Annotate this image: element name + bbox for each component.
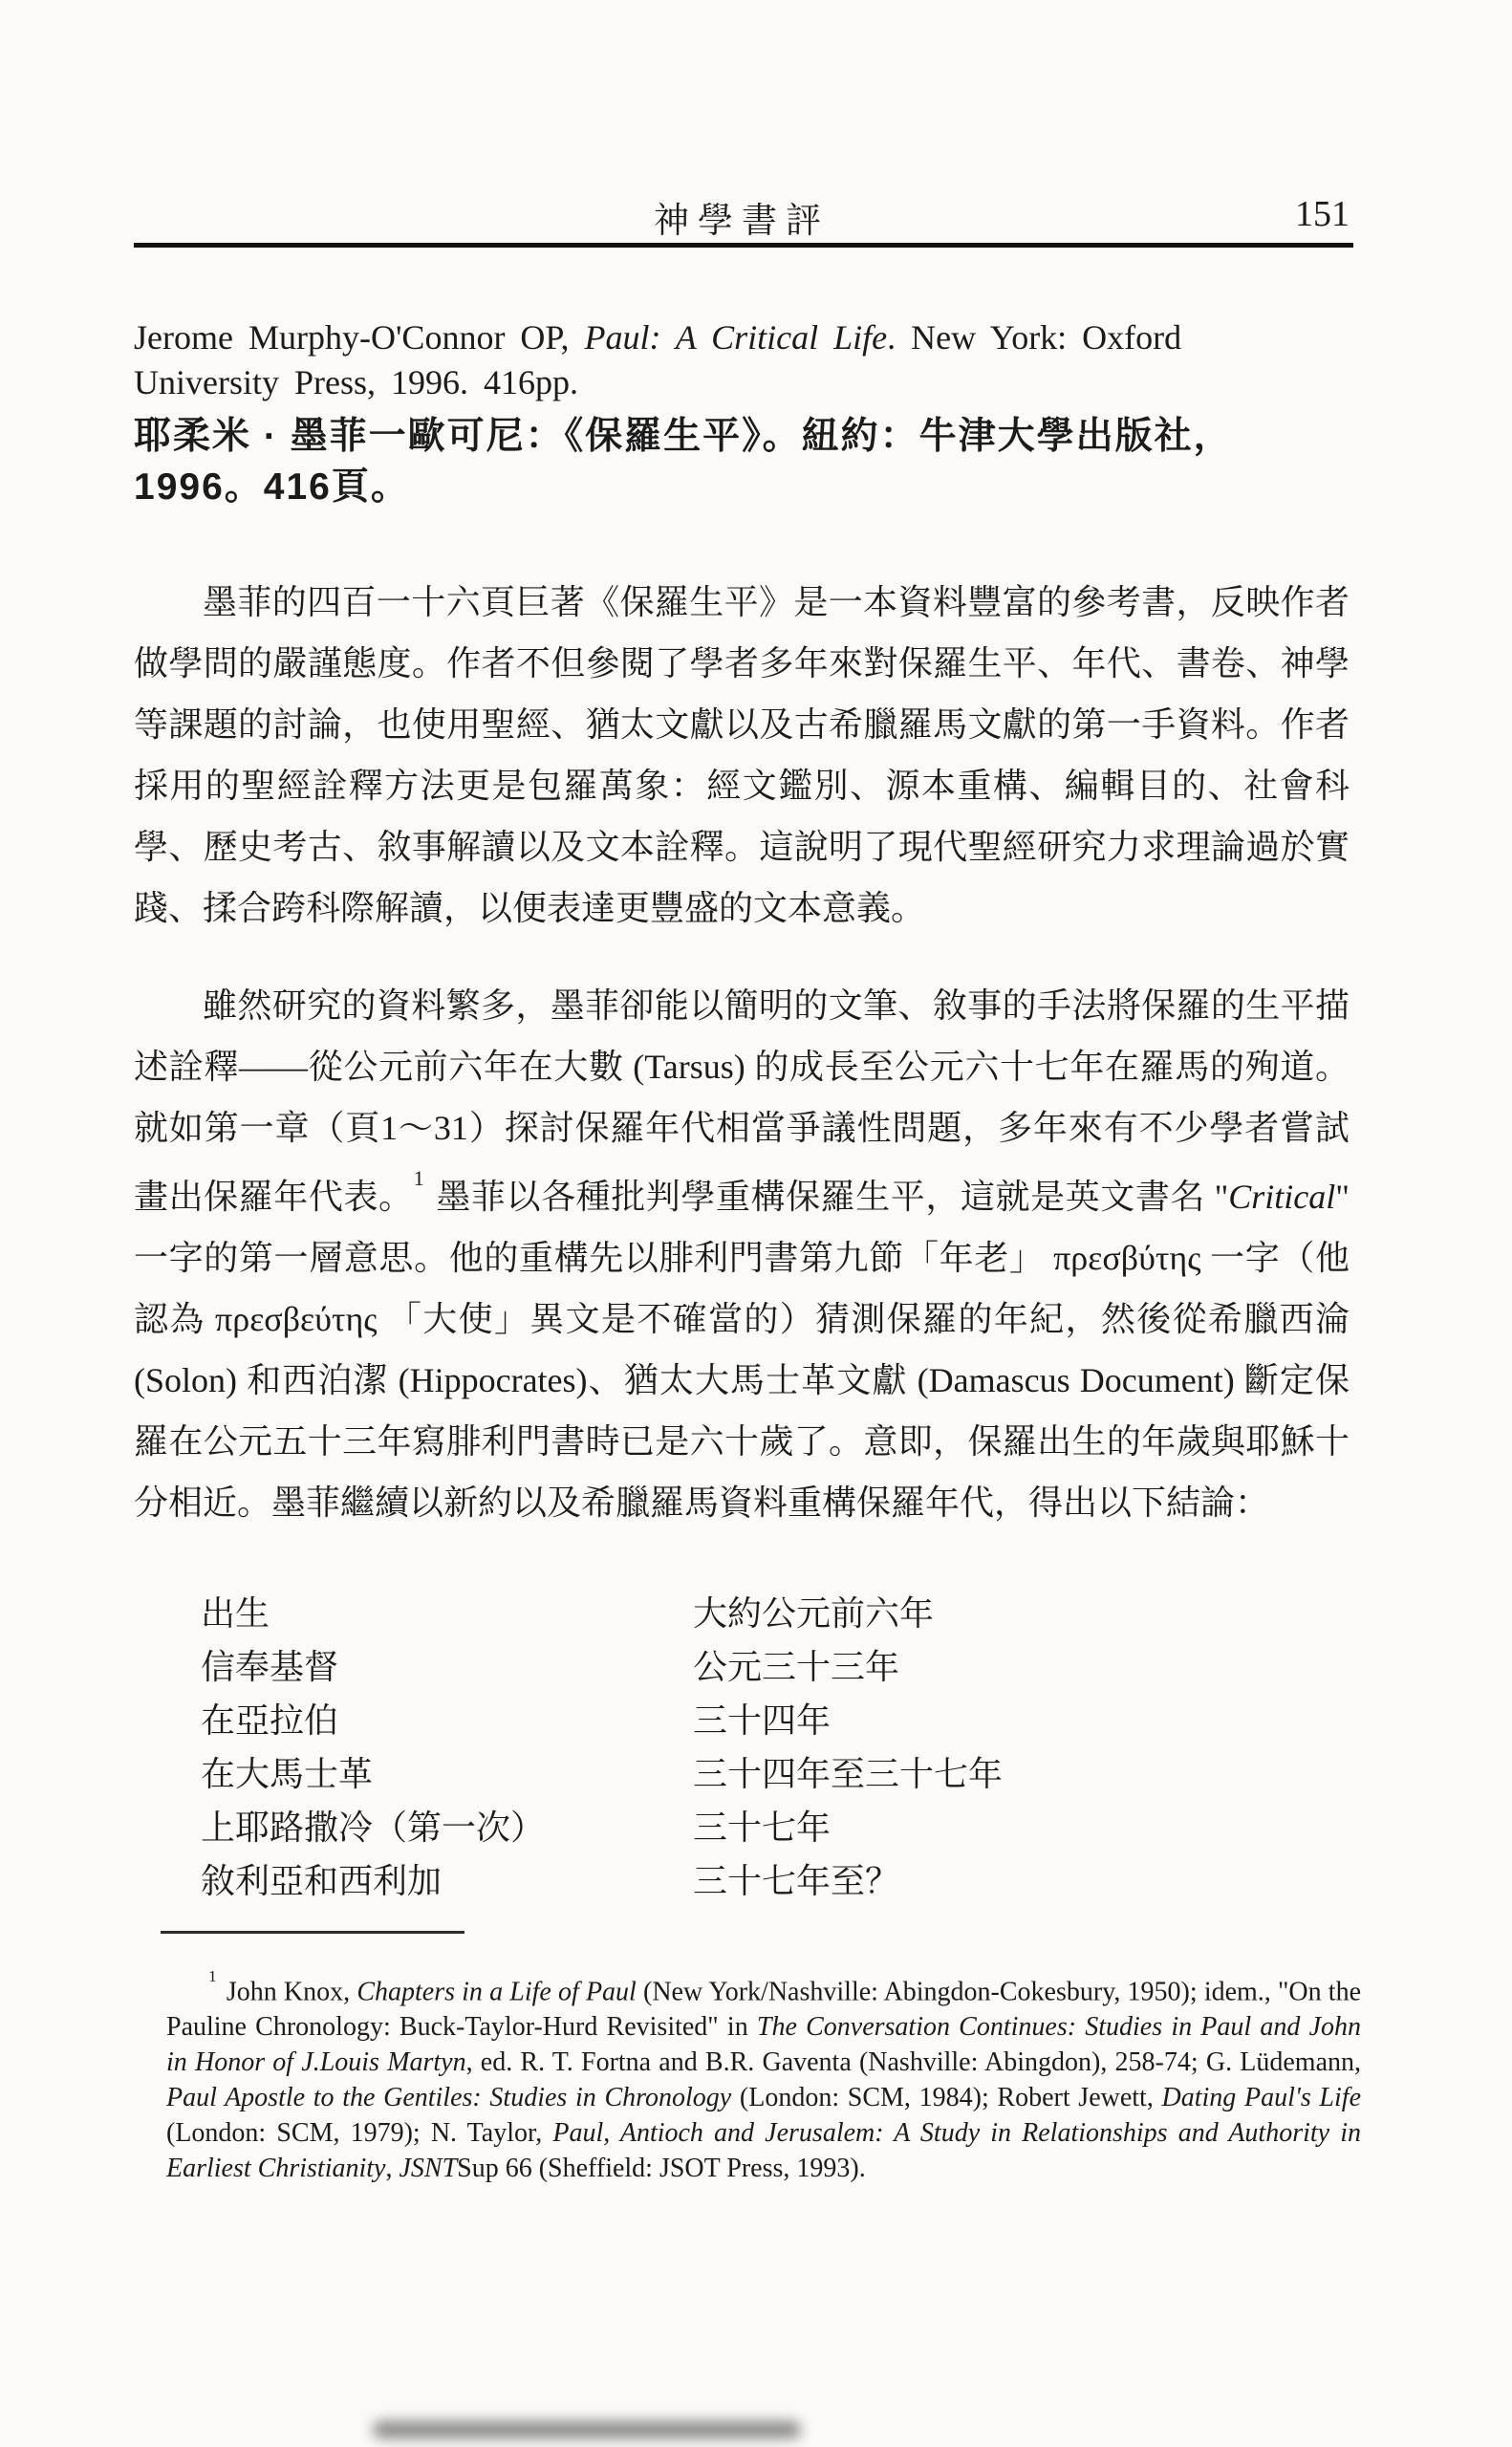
header-rule <box>134 243 1353 248</box>
footnote-title-italic: Chapters in a Life of Paul <box>356 1977 637 2006</box>
paragraph-1: 墨菲的四百一十六頁巨著《保羅生平》是一本資料豐富的參考書，反映作者做學問的嚴謹態… <box>134 572 1350 939</box>
page-number: 151 <box>1295 193 1350 235</box>
chronology-label: 信奉基督 <box>201 1640 693 1694</box>
paragraph-2-text: 墨菲以各種批判學重構保羅生平，這就是英文書名 " <box>427 1178 1229 1216</box>
chronology-value: 三十四年 <box>693 1694 1290 1747</box>
bib-book-title: Paul: A Critical Life <box>584 318 887 357</box>
scan-artifact <box>373 2421 801 2438</box>
footnote-title-italic: Dating Paul's Life <box>1162 2083 1361 2112</box>
chronology-row: 在亞拉伯 三十四年 <box>201 1694 1290 1747</box>
footnote-text: , ed. R. T. Fortna and B.R. Gaventa (Nas… <box>466 2047 1361 2077</box>
page-header: 神學書評 151 <box>134 191 1350 239</box>
bib-imprint-line2: University Press, 1996. 416pp. <box>134 363 578 401</box>
chronology-label: 在大馬士革 <box>201 1747 693 1801</box>
footnote-text: (London: SCM, 1979); N. Taylor, <box>166 2118 552 2148</box>
footnote-text: (London: SCM, 1984); Robert Jewett, <box>731 2083 1161 2112</box>
footnote-text: John Knox, <box>220 1977 357 2006</box>
chronology-row: 敘利亞和西利加 三十七年至？ <box>201 1854 1290 1908</box>
bib-imprint-line1: . New York: Oxford <box>887 318 1181 357</box>
chronology-row: 上耶路撒冷（第一次） 三十七年 <box>201 1801 1290 1854</box>
critical-word-italic: Critical <box>1228 1178 1335 1216</box>
footnote-marker: 1 <box>208 1967 217 1985</box>
paragraph-2-text: " 一字的第一層意思。他的重構先以腓利門書第九節「年老」 πρεσβύτης 一… <box>134 1178 1350 1522</box>
chronology-value: 大約公元前六年 <box>693 1587 1290 1640</box>
footnote-text: , <box>385 2154 399 2183</box>
paragraph-2: 雖然研究的資料繁多，墨菲卻能以簡明的文筆、敘事的手法將保羅的生平描述詮釋——從公… <box>134 975 1350 1533</box>
bib-author: Jerome Murphy-O'Connor OP, <box>134 318 584 357</box>
chronology-row: 在大馬士革 三十四年至三十七年 <box>201 1747 1290 1801</box>
chronology-value: 三十七年至？ <box>693 1854 1290 1908</box>
bibliography-english: Jerome Murphy-O'Connor OP, Paul: A Criti… <box>134 315 1350 405</box>
footnote-separator <box>161 1931 464 1934</box>
bibliography-entry: Jerome Murphy-O'Connor OP, Paul: A Criti… <box>134 315 1350 512</box>
chronology-value: 公元三十三年 <box>693 1640 1290 1694</box>
bibliography-chinese: 耶柔米 · 墨菲一歐可尼：《保羅生平》。紐約：牛津大學出版社，1996。416頁… <box>134 411 1350 512</box>
chronology-list: 出生 大約公元前六年 信奉基督 公元三十三年 在亞拉伯 三十四年 在大馬士革 三… <box>201 1587 1290 1908</box>
scanned-book-review-page: 神學書評 151 Jerome Murphy-O'Connor OP, Paul… <box>0 0 1512 2447</box>
journal-title: 神學書評 <box>654 191 830 243</box>
chronology-label: 在亞拉伯 <box>201 1694 693 1747</box>
chronology-row: 出生 大約公元前六年 <box>201 1587 1290 1640</box>
chronology-label: 上耶路撒冷（第一次） <box>201 1801 693 1854</box>
chronology-row: 信奉基督 公元三十三年 <box>201 1640 1290 1694</box>
footnote-journal-italic: JSNT <box>399 2154 457 2183</box>
chronology-value: 三十七年 <box>693 1801 1290 1854</box>
footnote-title-italic: Paul Apostle to the Gentiles: Studies in… <box>166 2083 731 2112</box>
chronology-label: 出生 <box>201 1587 693 1640</box>
footnote-text: Sup 66 (Sheffield: JSOT Press, 1993). <box>457 2154 866 2183</box>
footnote-1: 1 John Knox, Chapters in a Life of Paul … <box>166 1967 1361 2186</box>
footnote-ref-1: 1 <box>414 1166 424 1190</box>
chronology-value: 三十四年至三十七年 <box>693 1747 1290 1801</box>
chronology-label: 敘利亞和西利加 <box>201 1854 693 1908</box>
